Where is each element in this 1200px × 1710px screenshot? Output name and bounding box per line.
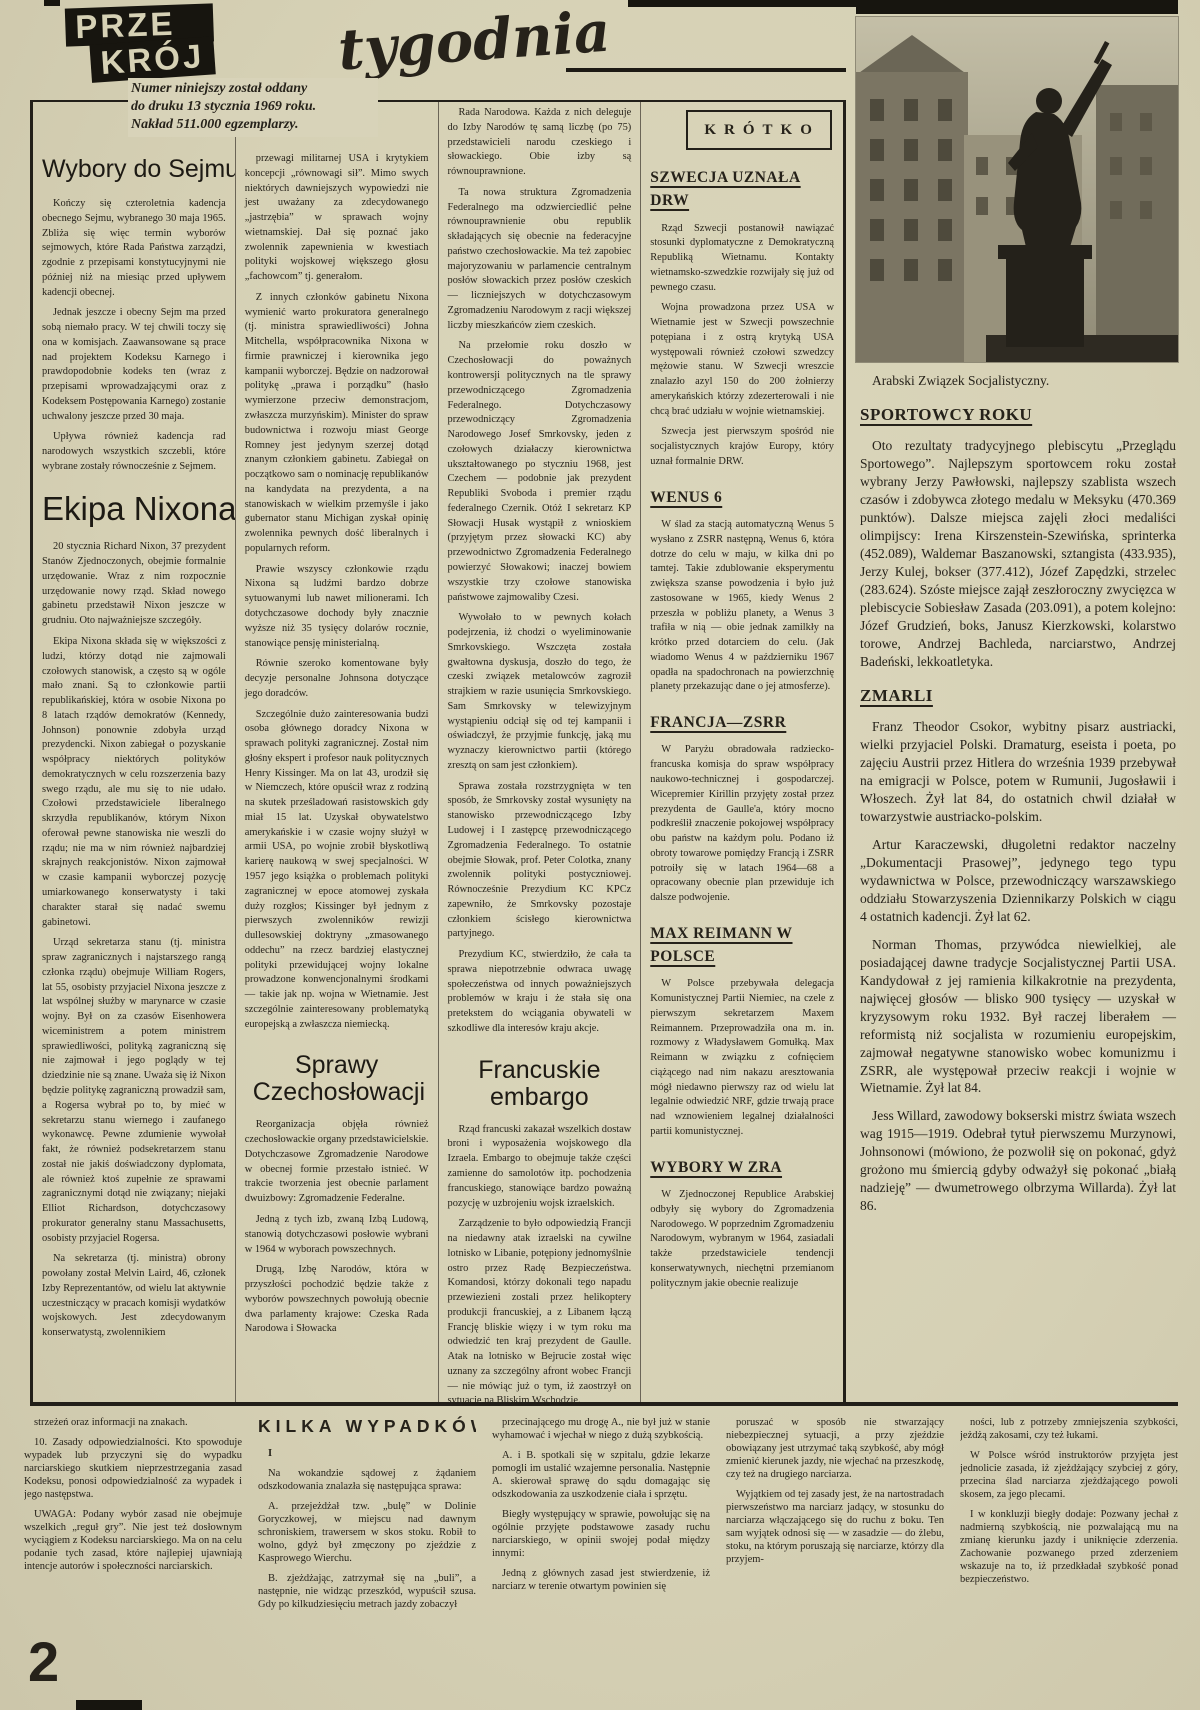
- right-column: Arabski Związek Socjalistyczny.SPORTOWCY…: [856, 4, 1178, 1225]
- article-paragraph: Rada Narodowa. Każda z nich deleguje do …: [448, 106, 632, 180]
- headline-francuskie-embargo: Francuskie embargo: [456, 1057, 624, 1111]
- article-paragraph: Na przełomie roku doszło w Czechosłowacj…: [448, 339, 632, 605]
- article-paragraph: Szwecja jest pierwszym spośród nie socja…: [650, 425, 834, 469]
- article-paragraph: Rząd francuski zakazał wszelkich dostaw …: [448, 1123, 632, 1212]
- krotko-box: KRÓTKO: [686, 110, 832, 150]
- subhead-szwecja-uznala-drw: SZWECJA UZNAŁA DRW: [650, 166, 834, 213]
- photo-top-bar: [856, 4, 1178, 14]
- article-paragraph: W ślad za stacją automatyczną Wenus 5 wy…: [650, 518, 834, 695]
- article-paragraph: Jednak jeszcze i obecny Sejm ma przed so…: [42, 306, 226, 424]
- article-paragraph: Urząd sekretarza stanu (tj. ministra spr…: [42, 936, 226, 1246]
- bottom-column-4: poruszać w sposób nie stwarzający niebez…: [726, 1416, 944, 1690]
- article-paragraph: W Zjednoczonej Republice Arabskiej odbył…: [650, 1188, 834, 1291]
- top-edge-mark: [44, 0, 60, 6]
- article-paragraph: Drugą, Izbę Narodów, która w przyszłości…: [245, 1263, 429, 1337]
- article-paragraph: Z innych członków gabinetu Nixona wymien…: [245, 291, 429, 557]
- subhead-wenus-6: WENUS 6: [650, 486, 834, 509]
- article-paragraph: Ekipa Nixona składa się w większości z l…: [42, 635, 226, 930]
- article-column-4-krotko: KRÓTKOSZWECJA UZNAŁA DRWRząd Szwecji pos…: [640, 102, 843, 1404]
- article-paragraph: A. i B. spotkali się w szpitalu, gdzie l…: [492, 1449, 710, 1501]
- przekroj-logo: PRZE KRÓJ: [65, 3, 215, 81]
- article-paragraph: B. zjeżdżając, zatrzymał się na „buli”, …: [258, 1572, 476, 1611]
- article-paragraph: Wyjątkiem od tej zasady jest, że na nart…: [726, 1488, 944, 1566]
- article-paragraph: Szczególnie dużo zainteresowania budzi o…: [245, 708, 429, 1033]
- article-paragraph: Norman Thomas, przywódca niewielkiej, al…: [860, 936, 1176, 1098]
- bottom-column-3: przecinającego mu drogę A., nie był już …: [492, 1416, 710, 1690]
- main-articles-frame: Wybory do SejmuKończy się czteroletnia k…: [30, 100, 846, 1404]
- print-note-line: do druku 13 stycznia 1969 roku.: [131, 98, 375, 116]
- article-paragraph: Ta nowa struktura Zgromadzenia Federalne…: [448, 186, 632, 334]
- article-paragraph: I w konkluzji biegły dodaje: Pozwany jec…: [960, 1508, 1178, 1586]
- script-title-rule: [566, 68, 846, 72]
- subhead-wybory-w-zra: WYBORY W ZRA: [650, 1156, 834, 1179]
- article-paragraph: przewagi militarnej USA i krytykiem konc…: [245, 152, 429, 285]
- statue-photo: [856, 17, 1178, 362]
- logo-line-bottom: KRÓJ: [89, 36, 215, 83]
- article-paragraph: poruszać w sposób nie stwarzający niebez…: [726, 1416, 944, 1481]
- bottom-column-5: ności, lub z potrzeby zmniejszenia szybk…: [960, 1416, 1178, 1690]
- subhead-sportowcy-roku: SPORTOWCY ROKU: [860, 402, 1176, 428]
- subhead-max-reimann-w-polsce: MAX REIMANN W POLSCE: [650, 922, 834, 969]
- article-paragraph: Jess Willard, zawodowy bokserski mistrz …: [860, 1107, 1176, 1215]
- headline-wybory-do-sejmu: Wybory do Sejmu: [42, 156, 226, 183]
- article-paragraph: Reorganizacja objęła również czechosłowa…: [245, 1118, 429, 1207]
- article-paragraph: W Polsce przebywała delegacja Komunistyc…: [650, 977, 834, 1139]
- article-paragraph: A. przejeżdżał tzw. „bulę” w Dolinie Gor…: [258, 1500, 476, 1565]
- page-number: 2: [28, 1634, 59, 1690]
- article-paragraph: Artur Karaczewski, długoletni redaktor n…: [860, 836, 1176, 926]
- article-paragraph: przecinającego mu drogę A., nie był już …: [492, 1416, 710, 1442]
- case-numeral: I: [258, 1447, 476, 1460]
- article-paragraph: Prezydium KC, stwierdziło, że cała ta sp…: [448, 948, 632, 1037]
- article-paragraph: Na sekretarza (tj. ministra) obrony powo…: [42, 1252, 226, 1341]
- article-paragraph: Upływa również kadencja rad narodowych w…: [42, 430, 226, 474]
- subhead-francja-zsrr: FRANCJA—ZSRR: [650, 711, 834, 734]
- article-paragraph: 20 stycznia Richard Nixon, 37 prezydent …: [42, 540, 226, 629]
- article-paragraph: Kończy się czteroletnia kadencja obecneg…: [42, 197, 226, 300]
- bottom-edge-bar: [76, 1700, 142, 1710]
- article-paragraph: Oto rezultaty tradycyjnego plebiscytu „P…: [860, 437, 1176, 670]
- article-paragraph: ności, lub z potrzeby zmniejszenia szybk…: [960, 1416, 1178, 1442]
- article-column-3: Rada Narodowa. Każda z nich deleguje do …: [438, 102, 641, 1404]
- article-paragraph: W Paryżu obradowała radziecko-francuska …: [650, 743, 834, 905]
- article-paragraph: Prawie wszyscy członkowie rządu Nixona s…: [245, 563, 429, 652]
- article-paragraph: UWAGA: Podany wybór zasad nie obejmuje w…: [24, 1508, 242, 1573]
- article-paragraph: Wojna prowadzona przez USA w Wietnamie j…: [650, 301, 834, 419]
- article-column-2: przewagi militarnej USA i krytykiem konc…: [235, 102, 438, 1404]
- article-paragraph: Biegły występujący w sprawie, powołując …: [492, 1508, 710, 1560]
- headline-kilka-wypadkow: KILKA WYPADKÓW: [258, 1416, 476, 1437]
- article-paragraph: Sprawa została rozstrzygnięta w ten spos…: [448, 780, 632, 942]
- bottom-section: strzeżeń oraz informacji na znakach.10. …: [24, 1416, 1178, 1690]
- article-paragraph: Rząd Szwecji postanowił nawiązać stosunk…: [650, 222, 834, 296]
- article-paragraph: Jedną z głównych zasad jest stwierdzenie…: [492, 1567, 710, 1593]
- print-note-line: Numer niniejszy został oddany: [131, 80, 375, 98]
- article-paragraph: Arabski Związek Socjalistyczny.: [860, 372, 1176, 390]
- print-note: Numer niniejszy został oddany do druku 1…: [128, 78, 378, 137]
- subhead-zmarli: ZMARLI: [860, 683, 1176, 709]
- article-column-1: Wybory do SejmuKończy się czteroletnia k…: [33, 102, 235, 1404]
- section-divider-rule: [30, 1402, 1178, 1406]
- article-paragraph: Zarządzenie to było odpowiedzią Francji …: [448, 1217, 632, 1404]
- headline-sprawy-czechoslowacji: Sprawy Czechosłowacji: [253, 1052, 421, 1106]
- article-paragraph: Franz Theodor Csokor, wybitny pisarz aus…: [860, 718, 1176, 826]
- article-paragraph: Jedną z tych izb, zwaną Izbą Ludową, sta…: [245, 1213, 429, 1257]
- right-articles: Arabski Związek Socjalistyczny.SPORTOWCY…: [856, 362, 1178, 1215]
- article-paragraph: Na wokandzie sądowej z żądaniem odszkodo…: [258, 1467, 476, 1493]
- newspaper-page: PRZE KRÓJ tygodnia Numer niniejszy zosta…: [0, 0, 1200, 1710]
- article-paragraph: 10. Zasady odpowiedzialności. Kto spowod…: [24, 1436, 242, 1501]
- print-note-line: Nakład 511.000 egzemplarzy.: [131, 116, 375, 134]
- bottom-column-2-kilka-wypadkow: KILKA WYPADKÓWINa wokandzie sądowej z żą…: [258, 1416, 476, 1690]
- article-paragraph: Wywołało to w pewnych kołach podejrzenia…: [448, 611, 632, 773]
- article-paragraph: W Polsce wśród instruktorów przyjęta jes…: [960, 1449, 1178, 1501]
- headline-ekipa-nixona: Ekipa Nixona: [42, 491, 226, 527]
- article-paragraph: strzeżeń oraz informacji na znakach.: [24, 1416, 242, 1429]
- article-paragraph: Równie szeroko komentowane były decyzje …: [245, 657, 429, 701]
